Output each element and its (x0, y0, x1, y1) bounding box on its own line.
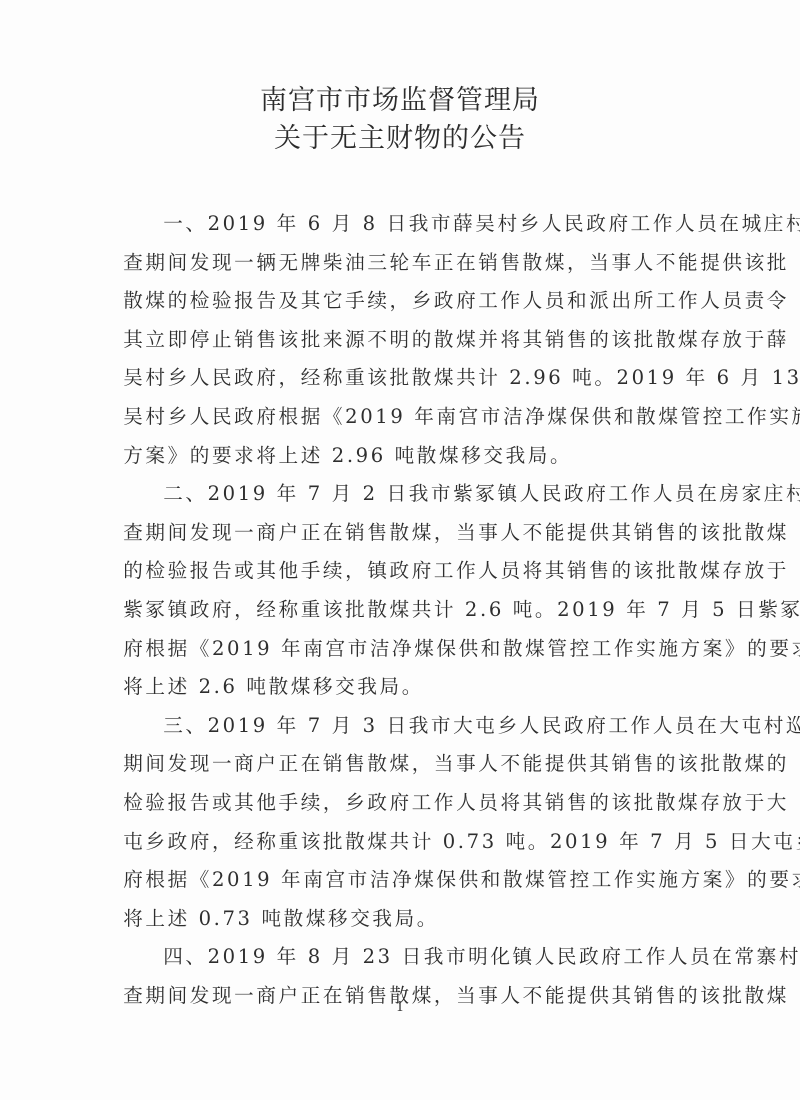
paragraph-3: 三、2019 年 7 月 3 日我市大屯乡人民政府工作人员在大屯村巡查 期间发现… (84, 707, 714, 939)
title-line-subject: 关于无主财物的公告 (0, 120, 800, 158)
text-line: 吴村乡人民政府，经称重该批散煤共计 2.96 吨。2019 年 6 月 13 日… (84, 359, 714, 398)
text-line: 将上述 2.6 吨散煤移交我局。 (84, 668, 714, 707)
text-line: 紫冢镇政府，经称重该批散煤共计 2.6 吨。2019 年 7 月 5 日紫冢镇政 (84, 591, 714, 630)
text-line: 散煤的检验报告及其它手续，乡政府工作人员和派出所工作人员责令 (84, 282, 714, 321)
text-line: 府根据《2019 年南宫市洁净煤保供和散煤管控工作实施方案》的要求 (84, 861, 714, 900)
document-body: 一、2019 年 6 月 8 日我市薛吴村乡人民政府工作人员在城庄村巡 查期间发… (84, 205, 714, 1015)
title-line-issuer: 南宫市市场监督管理局 (0, 82, 800, 120)
text-line: 检验报告或其他手续，乡政府工作人员将其销售的该批散煤存放于大 (84, 784, 714, 823)
paragraph-1: 一、2019 年 6 月 8 日我市薛吴村乡人民政府工作人员在城庄村巡 查期间发… (84, 205, 714, 475)
text-line: 吴村乡人民政府根据《2019 年南宫市洁净煤保供和散煤管控工作实施 (84, 398, 714, 437)
text-line: 的检验报告或其他手续，镇政府工作人员将其销售的该批散煤存放于 (84, 552, 714, 591)
text-line: 期间发现一商户正在销售散煤，当事人不能提供其销售的该批散煤的 (84, 745, 714, 784)
text-line: 府根据《2019 年南宫市洁净煤保供和散煤管控工作实施方案》的要求 (84, 630, 714, 669)
text-line: 查期间发现一辆无牌柴油三轮车正在销售散煤，当事人不能提供该批 (84, 244, 714, 283)
document-page: 南宫市市场监督管理局 关于无主财物的公告 一、2019 年 6 月 8 日我市薛… (0, 0, 800, 1100)
text-line: 一、2019 年 6 月 8 日我市薛吴村乡人民政府工作人员在城庄村巡 (84, 205, 714, 244)
text-line: 屯乡政府，经称重该批散煤共计 0.73 吨。2019 年 7 月 5 日大屯乡政 (84, 823, 714, 862)
paragraph-2: 二、2019 年 7 月 2 日我市紫冢镇人民政府工作人员在房家庄村巡 查期间发… (84, 475, 714, 707)
text-line: 二、2019 年 7 月 2 日我市紫冢镇人民政府工作人员在房家庄村巡 (84, 475, 714, 514)
page-number: 1 (0, 1000, 800, 1015)
text-line: 四、2019 年 8 月 23 日我市明化镇人民政府工作人员在常寨村巡 (84, 938, 714, 977)
text-line: 三、2019 年 7 月 3 日我市大屯乡人民政府工作人员在大屯村巡查 (84, 707, 714, 746)
text-line: 其立即停止销售该批来源不明的散煤并将其销售的该批散煤存放于薛 (84, 321, 714, 360)
text-line: 查期间发现一商户正在销售散煤，当事人不能提供其销售的该批散煤 (84, 514, 714, 553)
text-line: 方案》的要求将上述 2.96 吨散煤移交我局。 (84, 437, 714, 476)
text-line: 将上述 0.73 吨散煤移交我局。 (84, 900, 714, 939)
document-title: 南宫市市场监督管理局 关于无主财物的公告 (0, 82, 800, 158)
